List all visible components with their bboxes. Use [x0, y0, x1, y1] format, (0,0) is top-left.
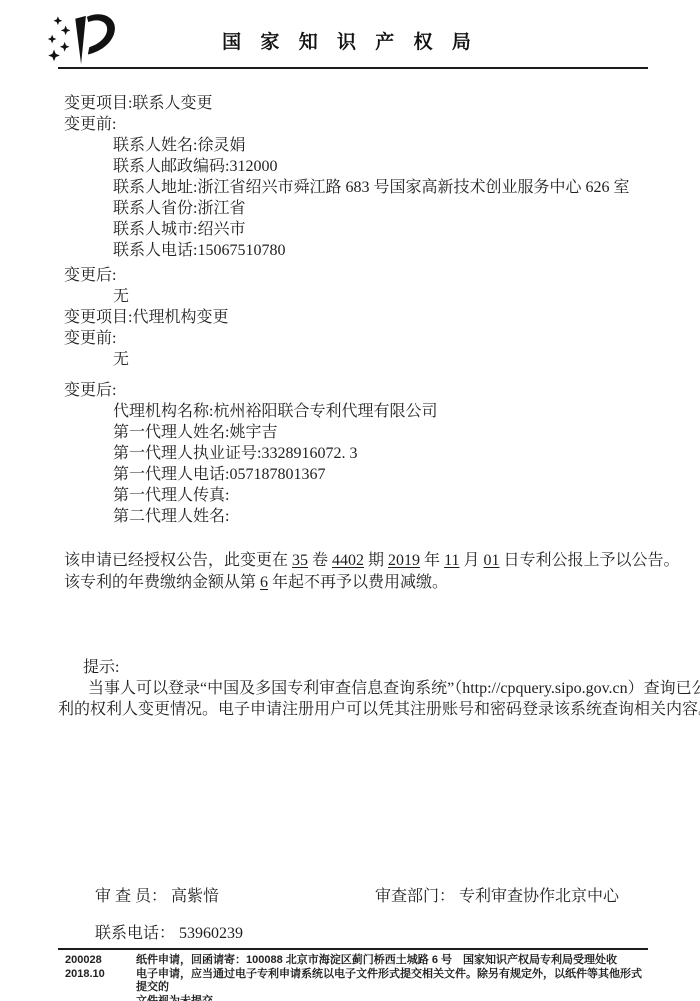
- field-contact-postcode: 联系人邮政编码:312000: [113, 156, 648, 177]
- tip-label: 提示:: [58, 657, 648, 678]
- document-body: 变更项目:联系人变更 变更前: 联系人姓名:徐灵娟 联系人邮政编码:312000…: [0, 93, 700, 944]
- after-label: 变更后:: [64, 380, 648, 401]
- after-label: 变更后:: [64, 265, 648, 286]
- field-contact-province: 联系人省份:浙江省: [113, 198, 648, 219]
- department-name: 专利审查协作北京中心: [459, 888, 619, 905]
- contact-phone-label: 联系电话：: [95, 925, 179, 942]
- footer-note-2: 电子申请，应当通过电子专利申请系统以电子文件形式提交相关文件。除另有规定外，以纸…: [136, 968, 648, 995]
- agency-before-value: 无: [113, 349, 648, 370]
- form-code: 200028: [65, 954, 136, 968]
- footer-note-3: 文件视为未提交。: [136, 995, 648, 1001]
- contact-after-and-agency-before: 变更后: 无 变更项目:代理机构变更 变更前: 无: [64, 265, 648, 370]
- field-contact-phone: 联系人电话:15067510780: [113, 240, 648, 261]
- footer-notes: 纸件申请，回函请寄：100088 北京市海淀区蓟门桥西土城路 6 号 国家知识产…: [136, 954, 648, 1001]
- tip-line-1: 当事人可以登录“中国及多国专利审查信息查询系统”（http://cpquery.…: [58, 678, 648, 699]
- tip-section: 提示: 当事人可以登录“中国及多国专利审查信息查询系统”（http://cpqu…: [58, 657, 648, 720]
- agency-after-block: 代理机构名称:杭州裕阳联合专利代理有限公司 第一代理人姓名:姚宇吉 第一代理人执…: [113, 401, 648, 527]
- form-date: 2018.10: [65, 968, 136, 982]
- examiner-field: 审 查 员： 高紫愔: [95, 886, 375, 907]
- contact-before-block: 联系人姓名:徐灵娟 联系人邮政编码:312000 联系人地址:浙江省绍兴市舜江路…: [113, 135, 648, 261]
- field-contact-address: 联系人地址:浙江省绍兴市舜江路 683 号国家高新技术创业服务中心 626 室: [113, 177, 648, 198]
- before-label: 变更前:: [64, 114, 648, 135]
- field-contact-name: 联系人姓名:徐灵娟: [113, 135, 648, 156]
- contact-after-value: 无: [113, 286, 648, 307]
- before-label: 变更前:: [64, 328, 648, 349]
- examiner-name: 高紫愔: [171, 888, 219, 905]
- header-rule: [58, 67, 648, 69]
- contact-phone-field: 联系电话： 53960239: [95, 923, 648, 944]
- patent-notice-document: 国 家 知 识 产 权 局 变更项目:联系人变更 变更前: 联系人姓名:徐灵娟 …: [0, 0, 700, 1001]
- tip-line-2: 利的权利人变更情况。电子申请注册用户可以凭其注册账号和密码登录该系统查询相关内容…: [58, 699, 648, 720]
- form-code-block: 200028 2018.10: [58, 954, 136, 1001]
- field-agent1-name: 第一代理人姓名:姚宇吉: [113, 422, 648, 443]
- signoff-row: 审 查 员： 高紫愔 审查部门： 专利审查协作北京中心: [95, 886, 648, 907]
- contact-phone-number: 53960239: [179, 925, 243, 942]
- field-contact-city: 联系人城市:绍兴市: [113, 219, 648, 240]
- agency-title: 国 家 知 识 产 权 局: [0, 27, 700, 54]
- field-agent1-phone: 第一代理人电话:057187801367: [113, 464, 648, 485]
- department-label: 审查部门：: [375, 888, 459, 905]
- contact-change-section: 变更项目:联系人变更 变更前: 联系人姓名:徐灵娟 联系人邮政编码:312000…: [64, 93, 648, 261]
- field-agency-name: 代理机构名称:杭州裕阳联合专利代理有限公司: [113, 401, 648, 422]
- footer-note-1: 纸件申请，回函请寄：100088 北京市海淀区蓟门桥西土城路 6 号 国家知识产…: [136, 954, 648, 968]
- change-item-agency: 变更项目:代理机构变更: [64, 307, 648, 328]
- field-agent1-license: 第一代理人执业证号:3328916072. 3: [113, 443, 648, 464]
- announcement-line-1: 该申请已经授权公告，此变更在 35 卷 4402 期 2019 年 11 月 0…: [64, 550, 648, 572]
- department-field: 审查部门： 专利审查协作北京中心: [375, 886, 619, 907]
- agency-after-section: 变更后: 代理机构名称:杭州裕阳联合专利代理有限公司 第一代理人姓名:姚宇吉 第…: [64, 380, 648, 527]
- examiner-label: 审 查 员：: [95, 888, 171, 905]
- document-header: 国 家 知 识 产 权 局: [0, 0, 700, 67]
- announcement-line-2: 该专利的年费缴纳金额从第 6 年起不再予以费用减缴。: [64, 572, 648, 594]
- field-agent2-name: 第二代理人姓名:: [113, 506, 648, 527]
- field-agent1-fax: 第一代理人传真:: [113, 485, 648, 506]
- document-footer: 200028 2018.10 纸件申请，回函请寄：100088 北京市海淀区蓟门…: [58, 948, 648, 1001]
- change-item-contact: 变更项目:联系人变更: [64, 93, 648, 114]
- announcement-paragraph: 该申请已经授权公告，此变更在 35 卷 4402 期 2019 年 11 月 0…: [64, 550, 648, 594]
